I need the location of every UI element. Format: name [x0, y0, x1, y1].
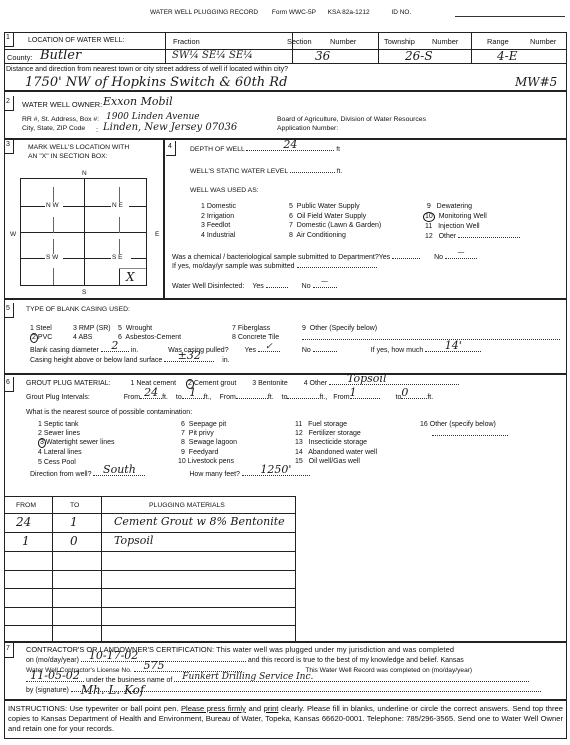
se-label: S E — [112, 254, 122, 261]
section-number-6: 6 — [4, 377, 14, 392]
sample-date-row: If yes, mo/day/yr sample was submitted — [172, 261, 377, 270]
intervals-label: Grout Plug Intervals: — [26, 394, 90, 401]
use-option[interactable]: 11 Injection Well — [423, 222, 520, 232]
range-label: Range — [487, 37, 509, 46]
grid-line-quarter — [53, 268, 54, 285]
sample-yes-label: Yes — [379, 254, 390, 261]
interval-3-to[interactable]: 0 — [401, 392, 427, 399]
signature-field[interactable]: Mh. L. Kof — [71, 685, 541, 692]
section-number-4: 4 — [166, 141, 176, 156]
source-option[interactable]: 14 Abandoned water well — [295, 448, 377, 457]
how-much-label: If yes, how much — [371, 347, 424, 354]
interval-1-to[interactable]: 1 — [182, 392, 204, 399]
south-label: S — [82, 289, 86, 296]
interval-2-from[interactable] — [236, 392, 268, 399]
use-option-selected[interactable]: 10 Monitoring Well — [423, 212, 520, 222]
selected-circle: 3 — [38, 438, 46, 448]
source-option[interactable]: 10 Livestock pens — [178, 457, 237, 466]
section-grid[interactable]: N W N E S W S E X — [20, 178, 147, 286]
completed-on-label: on (mo/day/year) — [26, 657, 79, 664]
range-field[interactable]: 4-E — [497, 49, 517, 63]
row-divider — [4, 532, 296, 533]
use-option[interactable]: 9 Dewatering — [423, 202, 520, 212]
north-label: N — [82, 170, 87, 177]
distance-field[interactable]: 1750' NW of Hopkins Switch & 60th Rd — [25, 75, 287, 90]
row-1-to[interactable]: 1 — [70, 515, 78, 529]
form-header: WATER WELL PLUGGING RECORD Form WWC-5P K… — [150, 9, 411, 16]
divider — [4, 49, 567, 50]
row-2-from[interactable]: 1 — [22, 534, 30, 548]
grout-material-label: GROUT PLUG MATERIAL: — [26, 380, 111, 387]
cert-line-5: by (signature) Mh. L. Kof — [26, 685, 541, 694]
grout-option[interactable]: 3 Bentonite — [252, 380, 287, 387]
interval-2-to[interactable] — [287, 392, 319, 399]
casing-col-1: 1 Steel 2PVC — [30, 324, 52, 343]
board-label: Board of Agriculture, Division of Water … — [277, 116, 426, 123]
plugging-materials-table: FROM TO PLUGGING MATERIALS 24 1 Cement G… — [4, 496, 296, 642]
location-title: LOCATION OF WATER WELL: — [28, 37, 124, 44]
diameter-row: Blank casing diameter 2 in. Was casing p… — [30, 345, 481, 354]
section-number-label: Number — [330, 37, 356, 46]
form-title: WATER WELL PLUGGING RECORD — [150, 9, 258, 16]
row-divider — [4, 588, 296, 589]
depth-unit: ft — [336, 146, 340, 153]
source-option[interactable]: 7 Pit privy — [181, 429, 237, 438]
selected-circle: 10 — [423, 212, 435, 222]
other-source-field[interactable] — [432, 429, 508, 436]
print-emphasis: print — [264, 704, 279, 713]
source-option[interactable]: 2 Sewer lines — [38, 429, 115, 438]
casing-option[interactable]: 9 Other (Specify below) — [302, 324, 560, 333]
grid-line-quarter — [131, 258, 146, 259]
instructions-lead: INSTRUCTIONS: — [8, 704, 67, 713]
row-1-from[interactable]: 24 — [16, 515, 31, 529]
interval-3-from[interactable]: 1 — [350, 392, 380, 399]
well-location-mark: X — [126, 270, 135, 284]
static-level-label: WELL'S STATIC WATER LEVEL — [190, 168, 288, 175]
pulled-yes-field[interactable]: ✓ — [258, 345, 280, 352]
ne-label: N E — [112, 202, 123, 209]
diameter-label: Blank casing diameter — [30, 347, 99, 354]
address-field[interactable]: 1900 Linden Avenue — [106, 112, 200, 122]
source-option[interactable]: 13 Insecticide storage — [295, 438, 377, 447]
city-label: City, State, ZIP Code — [22, 125, 85, 132]
depth-label: DEPTH OF WELL — [190, 146, 245, 153]
city-field[interactable]: Linden, New Jersey 07036 — [103, 122, 237, 133]
interval-1-from[interactable]: 24 — [140, 392, 162, 399]
grout-material-row: GROUT PLUG MATERIAL: 1 Neat cement 2Ceme… — [26, 378, 459, 389]
how-much-field[interactable]: 14' — [425, 345, 481, 352]
grid-line-quarter — [119, 217, 120, 233]
grout-intervals-row: Grout Plug Intervals: From24ft. to1ft., … — [26, 392, 433, 401]
feet-field[interactable]: 1250' — [242, 469, 310, 476]
casing-option[interactable]: 3 RMP (SR) — [73, 324, 111, 333]
section-number-2: 2 — [4, 96, 14, 111]
sample-yes-field[interactable] — [392, 252, 420, 259]
township-label: Township — [384, 37, 415, 46]
location-box-title-1: MARK WELL'S LOCATION WITH — [28, 144, 129, 151]
casing-option[interactable]: 5 Wrought — [118, 324, 181, 333]
contamination-label: What is the nearest source of possible c… — [26, 409, 192, 416]
sample-no-label: No — [434, 254, 443, 261]
header-from: FROM — [16, 502, 36, 509]
range-number-label: Number — [530, 37, 556, 46]
direction-label: Direction from well? — [30, 471, 91, 478]
colon: : — [96, 125, 98, 134]
fraction-field[interactable]: SW¼ SE¼ SE¼ — [172, 50, 253, 61]
static-row: WELL'S STATIC WATER LEVEL ft. — [190, 166, 342, 175]
grid-line-quarter — [63, 258, 111, 259]
section-label: Section — [287, 37, 312, 46]
selected-circle: 2 — [30, 333, 38, 343]
cert-line-2: on (mo/day/year) 10-17-02 and this recor… — [26, 655, 464, 664]
header-plugging-materials: PLUGGING MATERIALS — [149, 502, 225, 509]
sample-no-field[interactable]: — — [445, 252, 477, 259]
pulled-no-label: No — [302, 347, 311, 354]
source-option[interactable]: 16 Other (specify below) — [420, 420, 508, 429]
used-as-label: WELL WAS USED AS: — [190, 187, 259, 194]
casing-option[interactable]: 7 Fiberglass — [232, 324, 279, 333]
height-field[interactable]: ±32 — [164, 355, 214, 362]
depth-row: DEPTH OF WELL 24 ft — [190, 144, 340, 153]
disinfected-label: Water Well Disinfected: — [172, 283, 244, 290]
pulled-yes-label: Yes — [245, 347, 256, 354]
source-option[interactable]: 11 Fuel storage — [295, 420, 377, 429]
license-field[interactable]: 575 — [134, 665, 242, 672]
height-label: Casing height above or below land surfac… — [30, 357, 162, 364]
use-option[interactable]: 5 Public Water Supply — [289, 202, 381, 212]
grid-line-quarter — [21, 258, 45, 259]
row-2-to[interactable]: 0 — [70, 534, 78, 548]
form-number: Form WWC-5P — [272, 9, 316, 16]
form-statute: KSA 82a-1212 — [328, 9, 370, 16]
disinfected-yes-label: Yes — [252, 283, 263, 290]
row-divider — [4, 607, 296, 608]
sample-date-field[interactable] — [297, 261, 377, 268]
direction-field[interactable]: South — [93, 469, 145, 476]
use-col-1: 1 Domestic 2 Irrigation 3 Feedlot 4 Indu… — [201, 202, 236, 240]
use-option[interactable]: 4 Industrial — [201, 231, 236, 241]
owner-label: WATER WELL OWNER: — [22, 100, 102, 109]
county-field[interactable]: Butler — [40, 48, 81, 63]
press-firmly-emphasis: Please press firmly — [181, 704, 246, 713]
id-number-line[interactable] — [455, 16, 565, 17]
grid-line-quarter — [119, 187, 120, 203]
static-level-unit: ft. — [337, 168, 343, 175]
sample-date-label: If yes, mo/day/yr sample was submitted — [172, 263, 295, 270]
grid-line-quarter — [53, 239, 54, 255]
diameter-unit: in. — [131, 347, 138, 354]
disinfected-no-field[interactable]: — — [313, 281, 337, 288]
section-number-1: 1 — [4, 32, 14, 47]
application-label: Application Number: — [277, 125, 338, 132]
use-option[interactable]: 2 Irrigation — [201, 212, 236, 222]
section-number-5: 5 — [4, 303, 14, 318]
grid-line-quarter — [129, 206, 146, 207]
grout-option[interactable]: 4 Other — [304, 380, 327, 387]
sample-question: Was a chemical / bacteriological sample … — [172, 254, 379, 261]
township-field[interactable]: 26-S — [405, 49, 433, 63]
row-1-material[interactable]: Cement Grout w 8% Bentonite — [114, 515, 285, 528]
source-option[interactable]: 6 Seepage pit — [181, 420, 237, 429]
source-option[interactable]: 1 Septic tank — [38, 420, 115, 429]
header-to: TO — [70, 502, 79, 509]
true-statement: and this record is true to the best of m… — [248, 657, 464, 664]
casing-option[interactable]: 1 Steel — [30, 324, 52, 333]
pulled-no-field[interactable] — [313, 345, 337, 352]
source-col-4: 16 Other (specify below) — [420, 420, 508, 439]
divider — [4, 63, 567, 64]
use-option[interactable]: 6 Oil Field Water Supply — [289, 212, 381, 222]
grid-line-horizontal — [21, 232, 146, 233]
source-col-3: 11 Fuel storage 12 Fertilizer storage 13… — [295, 420, 377, 466]
height-row: Casing height above or below land surfac… — [30, 355, 230, 364]
disinfected-row: Water Well Disinfected: Yes No — — [172, 281, 337, 290]
well-id-field[interactable]: MW#5 — [515, 75, 557, 89]
source-option-selected[interactable]: 3Watertight sewer lines — [38, 438, 115, 448]
address-label: RR #, St. Address, Box #: — [22, 116, 99, 123]
distance-label: Distance and direction from nearest town… — [6, 66, 288, 73]
grout-other-field[interactable]: Topsoil — [329, 378, 459, 385]
id-label: ID NO. — [391, 9, 411, 16]
fraction-label: Fraction — [173, 37, 200, 46]
source-option[interactable]: 4 Lateral lines — [38, 448, 115, 457]
use-option[interactable]: 8 Air Conditioning — [289, 231, 381, 241]
row-divider — [4, 570, 296, 571]
row-divider — [4, 513, 296, 514]
section-number-3: 3 — [4, 139, 14, 154]
disinfected-yes-field[interactable] — [266, 281, 288, 288]
east-label: E — [155, 231, 159, 238]
instructions-text: INSTRUCTIONS: Use typewriter or ball poi… — [8, 704, 563, 734]
divider — [378, 32, 379, 63]
signature-label: by (signature) — [26, 687, 69, 694]
other-use-field[interactable] — [458, 231, 520, 238]
depth-field[interactable]: 24 — [246, 144, 334, 151]
owner-field[interactable]: Exxon Mobil — [103, 95, 173, 108]
static-level-field[interactable] — [290, 166, 335, 173]
cert-statement: This water well was plugged under my jur… — [216, 645, 454, 654]
sw-label: S W — [46, 254, 58, 261]
grid-line-quarter — [119, 268, 120, 285]
source-option[interactable]: 12 Fertilizer storage — [295, 429, 377, 438]
nw-label: N W — [46, 202, 59, 209]
grid-line-quarter — [119, 268, 146, 269]
row-divider — [4, 625, 296, 626]
grid-line-quarter — [21, 206, 45, 207]
use-option[interactable]: 12 Other — [423, 231, 520, 242]
business-name-field[interactable]: Funkert Drilling Service Inc. — [174, 675, 529, 682]
source-option[interactable]: 8 Sewage lagoon — [181, 438, 237, 447]
divider — [165, 32, 166, 63]
divider — [471, 32, 472, 63]
use-option[interactable]: 7 Domestic (Lawn & Garden) — [289, 221, 381, 231]
grid-line-quarter — [53, 187, 54, 203]
location-box-title-2: AN "X" IN SECTION BOX: — [28, 153, 108, 160]
grid-line-quarter — [53, 217, 54, 233]
source-col-2: 6 Seepage pit 7 Pit privy 8 Sewage lagoo… — [181, 420, 237, 466]
county-label: County: — [7, 53, 32, 62]
height-unit: in. — [222, 357, 229, 364]
feet-label: How many feet? — [189, 471, 240, 478]
grid-line-quarter — [119, 239, 120, 255]
row-divider — [4, 551, 296, 552]
township-number-label: Number — [432, 37, 458, 46]
diameter-field[interactable]: 2 — [101, 345, 129, 352]
source-col-1: 1 Septic tank 2 Sewer lines 3Watertight … — [38, 420, 115, 467]
section-number-7: 7 — [4, 643, 14, 658]
record-date-field[interactable]: 11-05-02 — [26, 675, 84, 682]
sample-row: Was a chemical / bacteriological sample … — [172, 252, 477, 261]
disinfected-no-label: No — [302, 283, 311, 290]
west-label: W — [10, 231, 16, 238]
row-2-material[interactable]: Topsoil — [114, 534, 153, 547]
use-col-2: 5 Public Water Supply 6 Oil Field Water … — [289, 202, 381, 240]
use-col-3: 9 Dewatering 10 Monitoring Well 11 Injec… — [423, 202, 520, 242]
casing-option-selected[interactable]: 2PVC — [30, 333, 52, 343]
use-option[interactable]: 1 Domestic — [201, 202, 236, 212]
casing-option[interactable]: 8 Concrete Tile — [232, 333, 279, 342]
direction-row: Direction from well? South How many feet… — [30, 469, 310, 478]
section-field[interactable]: 36 — [315, 49, 330, 63]
source-option[interactable]: 9 Feedyard — [181, 448, 237, 457]
use-option[interactable]: 3 Feedlot — [201, 221, 236, 231]
casing-title: TYPE OF BLANK CASING USED: — [26, 306, 130, 313]
grid-line-quarter — [63, 206, 111, 207]
casing-col-4: 7 Fiberglass 8 Concrete Tile — [232, 324, 279, 342]
